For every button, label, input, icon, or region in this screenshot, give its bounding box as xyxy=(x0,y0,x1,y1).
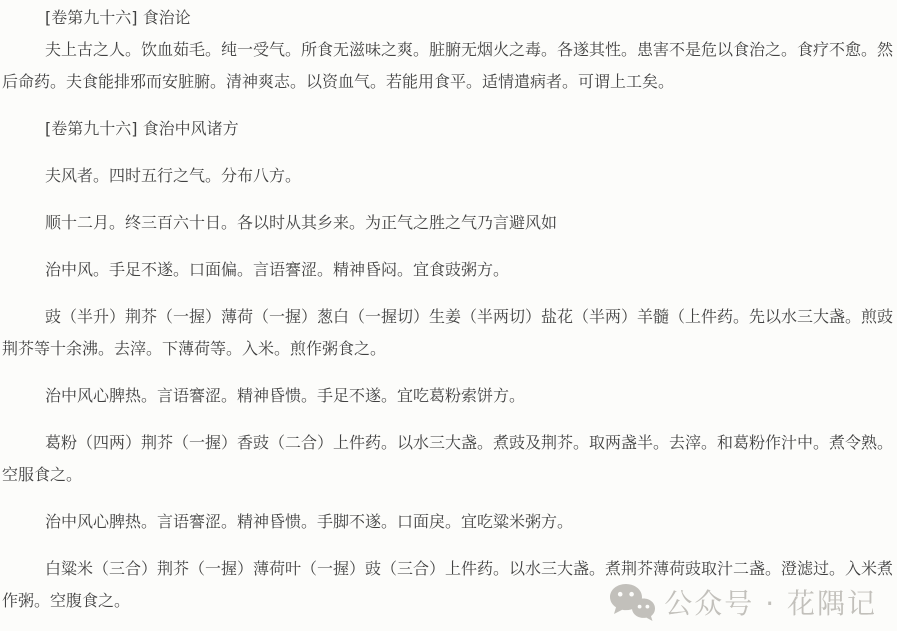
document-page: [卷第九十六] 食治论夫上古之人。饮血茹毛。纯一受气。所食无滋味之爽。脏腑无烟火… xyxy=(0,0,897,631)
paragraph: 治中风心脾热。言语謇涩。精神昏愦。手足不遂。宜吃葛粉索饼方。 xyxy=(2,380,895,412)
paragraph: 夫风者。四时五行之气。分布八方。 xyxy=(2,160,895,192)
paragraph: 治中风心脾热。言语謇涩。精神昏愦。手脚不遂。口面戾。宜吃粱米粥方。 xyxy=(2,506,895,538)
paragraph: 白粱米（三合）荆芥（一握）薄荷叶（一握）豉（三合）上件药。以水三大盏。煮荆芥薄荷… xyxy=(2,553,895,617)
paragraph: 葛粉（四两）荆芥（一握）香豉（二合）上件药。以水三大盏。煮豉及荆芥。取两盏半。去… xyxy=(2,427,895,491)
paragraph: [卷第九十六] 食治论 xyxy=(2,2,895,34)
paragraph: 治中风。手足不遂。口面偏。言语謇涩。精神昏闷。宜食豉粥方。 xyxy=(2,254,895,286)
paragraph: 夫上古之人。饮血茹毛。纯一受气。所食无滋味之爽。脏腑无烟火之毒。各遂其性。患害不… xyxy=(2,34,895,98)
document-body: [卷第九十六] 食治论夫上古之人。饮血茹毛。纯一受气。所食无滋味之爽。脏腑无烟火… xyxy=(2,2,895,617)
paragraph: [卷第九十六] 食治中风诸方 xyxy=(2,113,895,145)
paragraph: 顺十二月。终三百六十日。各以时从其乡来。为正气之胜之气乃言避风如 xyxy=(2,207,895,239)
paragraph: 豉（半升）荆芥（一握）薄荷（一握）葱白（一握切）生姜（半两切）盐花（半两）羊髓（… xyxy=(2,301,895,365)
